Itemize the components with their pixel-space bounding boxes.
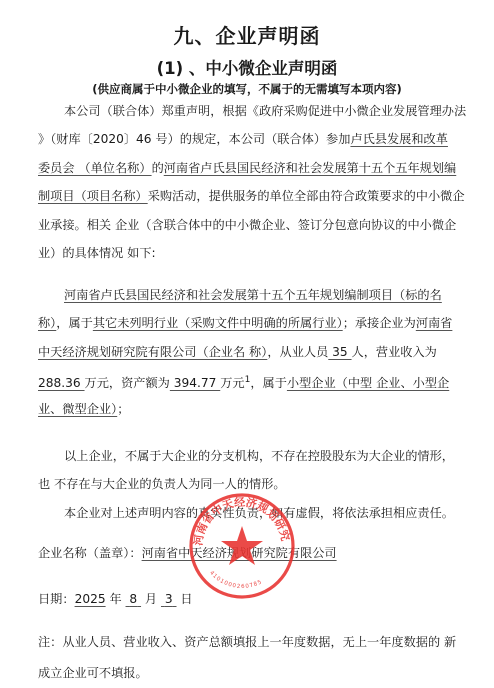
text: ，从业人员 xyxy=(267,345,328,359)
signature-label: 企业名称（盖章）： xyxy=(38,546,142,560)
enterprise-size: 小型企业（中型 企业、小型企 xyxy=(287,376,449,390)
text: 以上企业，不属于大企业的分支机构，不存在控股股东为大企业的情形， xyxy=(64,449,454,463)
text-line: 也 不存在与大企业的负责人为同一人的情形。 xyxy=(38,469,450,497)
revenue: 288.36 xyxy=(38,376,85,390)
text: ，属于 xyxy=(56,316,93,330)
text: 的 xyxy=(152,161,164,175)
text-line: 288.36 万元，资产额为 394.77 万元1，属于小型企业（中型 企业、小… xyxy=(38,366,450,394)
text: ；承接企业为 xyxy=(343,316,416,330)
page-title: 九、企业声明函 xyxy=(0,20,494,49)
subject-name: 河南省卢氏县国民经济和社会发展第十五个五年规划编制项目（标的名 xyxy=(64,288,442,302)
text-line: 委员会 （单位名称）的河南省卢氏县国民经济和社会发展第十五个五年规划编 xyxy=(38,154,450,182)
svg-text:4101000260785: 4101000260785 xyxy=(208,570,263,590)
text: 业）的具体情况 如下: xyxy=(38,246,156,260)
employee-count: 35 xyxy=(328,345,351,359)
seal-serial: 4101000260785 xyxy=(208,570,263,590)
declaration-paragraph-3: 以上企业，不属于大企业的分支机构，不存在控股股东为大企业的情形， 也 不存在与大… xyxy=(38,441,450,526)
text: ； xyxy=(117,402,129,416)
text-line: 制项目（项目名称）采购活动，提供服务的单位全部由符合政策要求的中小微企 xyxy=(38,182,450,210)
declaration-paragraph-1: 本公司（联合体）郑重声明，根据《政府采购促进中小微企业发展管理办法 》（财库〔2… xyxy=(38,97,450,267)
industry: 其它未列明行业（采购文件中明确的所属行业） xyxy=(93,316,343,330)
text-line: 称），属于其它未列明行业（采购文件中明确的所属行业）；承接企业为河南省 xyxy=(38,309,450,337)
month-unit: 月 xyxy=(145,592,157,606)
signature-company: 河南省中天经济规划研究院有限公司 xyxy=(142,546,337,560)
purchaser-name-cont: 委员会 （单位名称） xyxy=(38,161,152,175)
total-assets: 394.77 xyxy=(170,376,220,390)
text: ，属于 xyxy=(250,376,287,390)
year-unit: 年 xyxy=(109,592,121,606)
text: 》（财库〔2020〕46 号）的规定，本公司（联合体）参加 xyxy=(38,132,350,146)
text-line: 以上企业，不属于大企业的分支机构，不存在控股股东为大企业的情形， xyxy=(38,441,450,469)
instruction-note: (供应商属于中小微企业的填写，不属于的无需填写本项内容) xyxy=(0,81,494,97)
text: 人，营业收入为 xyxy=(352,345,437,359)
day-value: 3 xyxy=(165,592,173,606)
section-subtitle: (1) 、中小微企业声明函 xyxy=(0,55,494,79)
text: 也 不存在与大企业的负责人为同一人的情形。 xyxy=(38,477,286,491)
text-line: 本企业对上述声明内容的真实性负责，如有虚假，将依法承担相应责任。 xyxy=(38,498,450,526)
declaration-page: 九、企业声明函 (1) 、中小微企业声明函 (供应商属于中小微企业的填写，不属于… xyxy=(0,0,494,688)
subject-name-cont: 称） xyxy=(38,316,56,330)
signature-line: 企业名称（盖章）：河南省中天经济规划研究院有限公司 xyxy=(38,544,337,561)
project-name-cont: 制项目（项目名称） xyxy=(38,189,148,203)
text: 万元，资产额为 xyxy=(85,376,170,390)
month-value: 8 xyxy=(129,592,137,606)
purchaser-name: 卢氏县发展和改革 xyxy=(350,132,448,146)
date-label: 日期： xyxy=(38,592,75,606)
text-line: 中天经济规划研究院有限公司（企业名 称），从业人员 35 人，营业收入为 xyxy=(38,338,450,366)
company-name: 河南省 xyxy=(416,316,453,330)
footnote-line: 成立企业可不填报。 xyxy=(38,658,458,688)
date-line: 日期：2025 年 8 月 3 日 xyxy=(38,590,193,607)
date-day: 3 xyxy=(161,592,177,606)
text: 业承接。相关 企业（含联合体中的中小微企业、签订分包意向协议的中小微企 xyxy=(38,218,456,232)
date-year: 2025 xyxy=(75,592,106,606)
enterprise-details-paragraph: 河南省卢氏县国民经济和社会发展第十五个五年规划编制项目（标的名 称），属于其它未… xyxy=(38,281,450,423)
text: 采购活动，提供服务的单位全部由符合政策要求的中小微企 xyxy=(148,189,465,203)
text: 万元 xyxy=(220,376,244,390)
text-line: 业、微型企业）； xyxy=(38,395,450,423)
day-unit: 日 xyxy=(180,592,192,606)
text-line: 河南省卢氏县国民经济和社会发展第十五个五年规划编制项目（标的名 xyxy=(38,281,450,309)
footnote-line: 注：从业人员、营业收入、资产总额填报上一年度数据，无上一年度数据的 新 xyxy=(38,627,458,658)
enterprise-size-cont: 业、微型企业） xyxy=(38,402,117,416)
text: 本企业对上述声明内容的真实性负责，如有虚假，将依法承担相应责任。 xyxy=(64,506,454,520)
company-name-cont: 中天经济规划研究院有限公司（企业名 称） xyxy=(38,345,267,359)
text-line: 业）的具体情况 如下: xyxy=(38,239,450,267)
project-name: 河南省卢氏县国民经济和社会发展第十五个五年规划编 xyxy=(164,161,457,175)
text: 本公司（联合体）郑重声明，根据《政府采购促进中小微企业发展管理办法 xyxy=(64,104,466,118)
text-line: 业承接。相关 企业（含联合体中的中小微企业、签订分包意向协议的中小微企 xyxy=(38,211,450,239)
text-line: 本公司（联合体）郑重声明，根据《政府采购促进中小微企业发展管理办法 xyxy=(38,97,450,125)
footnote: 注：从业人员、营业收入、资产总额填报上一年度数据，无上一年度数据的 新 成立企业… xyxy=(38,627,458,688)
date-month: 8 xyxy=(126,592,142,606)
text-line: 》（财库〔2020〕46 号）的规定，本公司（联合体）参加卢氏县发展和改革 xyxy=(38,125,450,153)
